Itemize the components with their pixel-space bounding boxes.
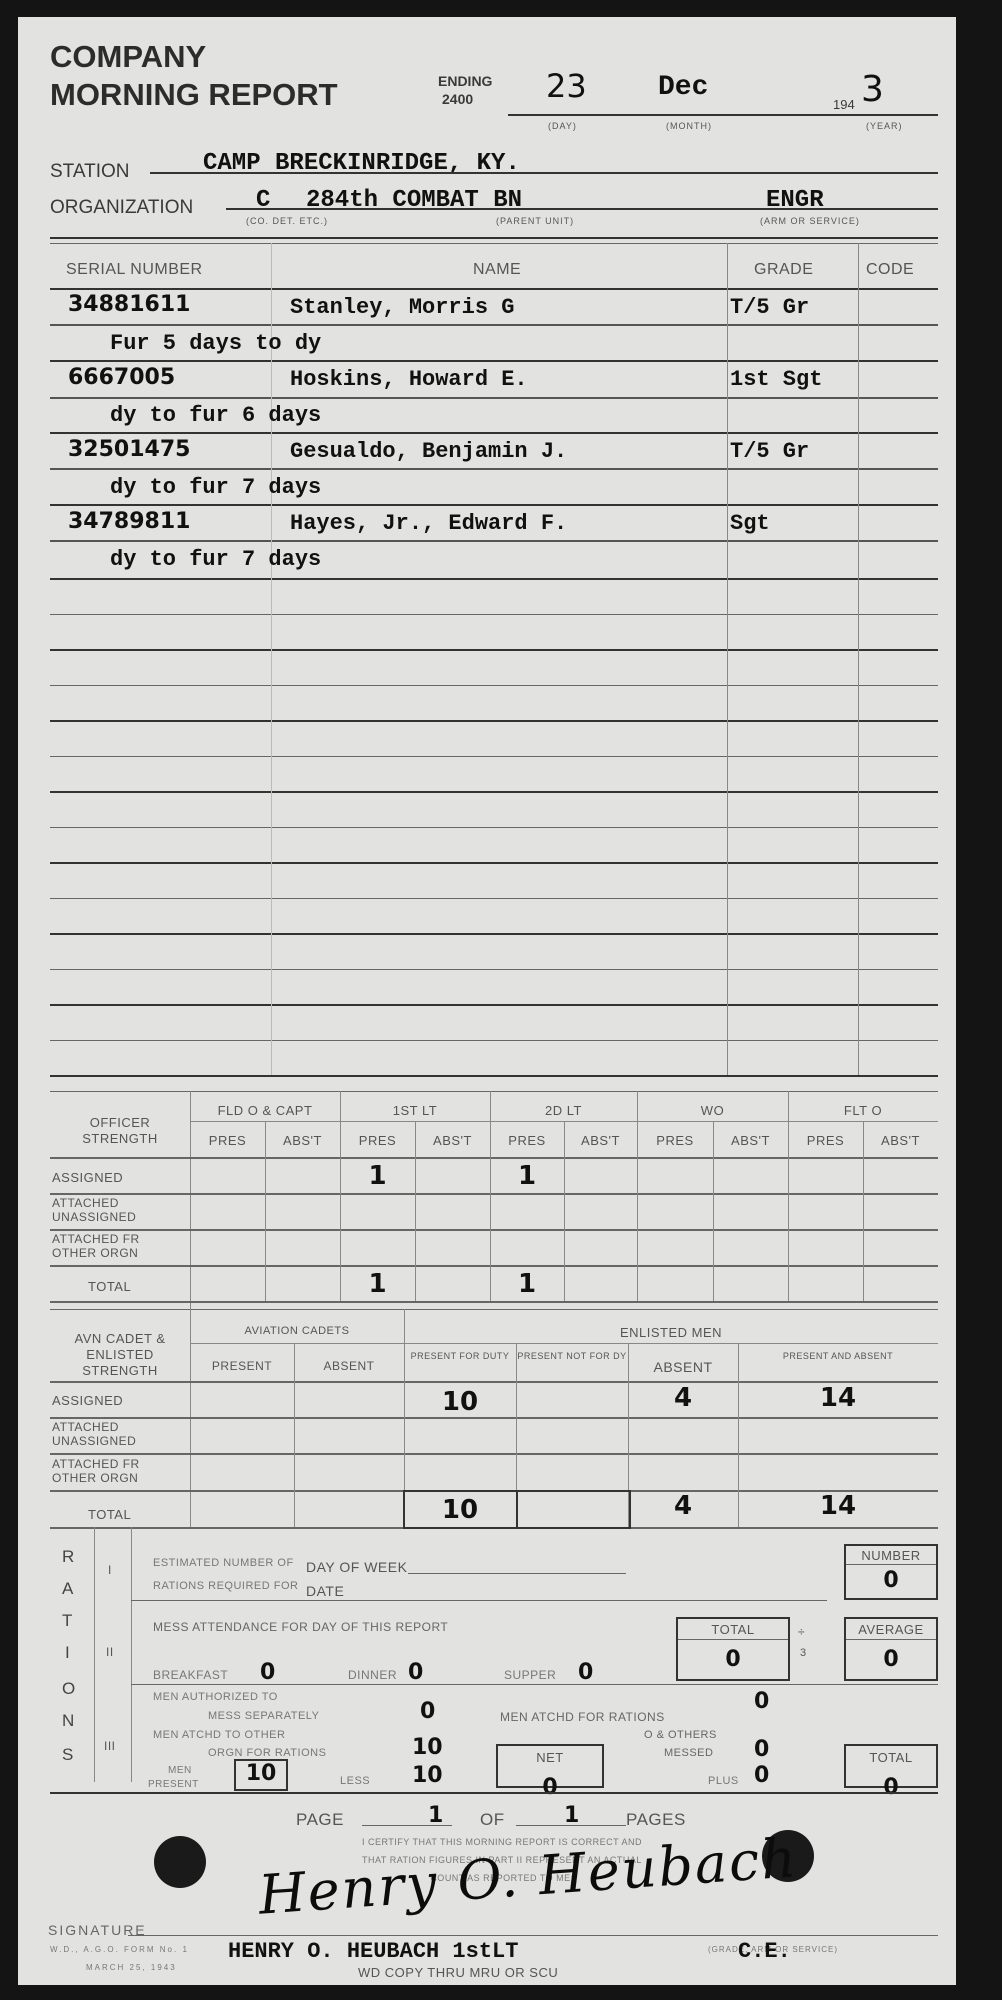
pages-value: 1 [564, 1803, 579, 1828]
men-authorized-label1: MEN AUTHORIZED TO [153, 1691, 278, 1703]
enl-assigned-absent: 4 [628, 1383, 738, 1413]
men-atchd-rations-value: 0 [754, 1689, 769, 1714]
col-sep [863, 1121, 864, 1301]
group-fld-capt: FLD O & CAPT [190, 1103, 340, 1118]
row-rule [50, 288, 938, 290]
entry-3-remark: dy to fur 7 days [110, 475, 321, 500]
row-rule [50, 685, 938, 686]
less-label: LESS [340, 1775, 370, 1787]
row-rule [50, 1229, 938, 1231]
ending-time: 2400 [442, 91, 473, 107]
row-rule [50, 1417, 938, 1419]
rations-letter: I [65, 1643, 70, 1663]
row-rule [50, 614, 938, 615]
sub-present-not-for-dy: PRESENT NOT FOR DY [516, 1347, 628, 1365]
off-total-2dlt-pres: 1 [490, 1269, 564, 1299]
enl-assigned-present-for-duty: 10 [404, 1387, 516, 1417]
row-rule [50, 397, 938, 399]
average-label: AVERAGE [844, 1622, 938, 1637]
group-2d-lt: 2D LT [490, 1103, 637, 1118]
row-rule [50, 898, 938, 899]
day-of-week-field[interactable] [408, 1573, 626, 1574]
group-enlisted-men: ENLISTED MEN [404, 1325, 938, 1340]
month-caption: (MONTH) [666, 121, 712, 131]
enl-row-attached-unassigned-label: ATTACHED UNASSIGNED [52, 1420, 182, 1448]
less-value: 10 [412, 1763, 443, 1788]
entry-2-remark: dy to fur 6 days [110, 403, 321, 428]
entry-3-grade: T/5 Gr [730, 439, 809, 464]
date-label: DATE [306, 1583, 344, 1599]
row-rule [50, 324, 938, 326]
sub-present-and-absent: PRESENT AND ABSENT [738, 1347, 938, 1365]
report-year: 3 [861, 69, 884, 110]
men-atchd-other-value: 10 [412, 1735, 443, 1760]
row-rule [50, 791, 938, 793]
men-present-label2: PRESENT [148, 1779, 199, 1790]
row-rule [678, 1639, 788, 1640]
row-rule [131, 1684, 938, 1685]
page-label: PAGE [296, 1810, 344, 1830]
men-authorized-label2: MESS SEPARATELY [208, 1710, 319, 1722]
rations-total-label: TOTAL [844, 1750, 938, 1765]
form-date: MARCH 25, 1943 [86, 1963, 177, 1972]
row-rule [50, 827, 938, 828]
rations-letter: N [62, 1711, 74, 1731]
enl-row-assigned-label: ASSIGNED [52, 1393, 123, 1408]
sub-pres: PRES [490, 1133, 564, 1148]
number-value: 0 [844, 1568, 938, 1593]
enl-row-attached-other-label: ATTACHED FR OTHER ORGN [52, 1457, 182, 1485]
rations-total-value: 0 [844, 1775, 938, 1800]
officer-strength-title: OFFICER STRENGTH [50, 1115, 190, 1147]
others-messed-value: 0 [754, 1737, 769, 1762]
enl-total-present-and-absent: 14 [738, 1491, 938, 1521]
enlisted-strength-title: AVN CADET & ENLISTED STRENGTH [50, 1331, 190, 1379]
men-present-label1: MEN [168, 1765, 192, 1776]
men-present-value: 10 [234, 1761, 288, 1786]
row-rule [50, 1040, 938, 1041]
men-atchd-other-label1: MEN ATCHD TO OTHER [153, 1729, 285, 1741]
station-underline [150, 172, 938, 174]
col-code: CODE [866, 261, 914, 279]
mess-attendance-title: MESS ATTENDANCE FOR DAY OF THIS REPORT [153, 1620, 448, 1634]
rations-required-label: RATIONS REQUIRED FOR [153, 1580, 298, 1592]
row-rule [50, 1075, 938, 1077]
row-rule [846, 1639, 936, 1640]
row-rule [50, 1091, 938, 1092]
entry-2-grade: 1st Sgt [730, 367, 822, 392]
entry-1-grade: T/5 Gr [730, 295, 809, 320]
number-label: NUMBER [844, 1548, 938, 1563]
arm-caption: (ARM OR SERVICE) [760, 216, 860, 226]
off-assigned-2dlt-pres: 1 [490, 1161, 564, 1191]
signer-arm: C.E. [738, 1939, 791, 1964]
form-title-line2: MORNING REPORT [50, 77, 338, 113]
form-title-line1: COMPANY [50, 39, 206, 75]
group-wo: WO [637, 1103, 788, 1118]
entry-4-grade: Sgt [730, 511, 770, 536]
rations-bottom-rule [50, 1792, 938, 1794]
others-messed-label2: MESSED [664, 1747, 713, 1759]
row-rule [50, 1309, 938, 1310]
col-sep [415, 1121, 416, 1301]
men-authorized-value: 0 [420, 1699, 435, 1724]
group-aviation-cadets: AVIATION CADETS [190, 1325, 404, 1337]
row-rule [50, 1004, 938, 1006]
section-ii-numeral: II [106, 1645, 114, 1659]
off-total-1stlt-pres: 1 [340, 1269, 415, 1299]
pages-label: PAGES [626, 1810, 686, 1830]
col-sep [788, 1091, 789, 1301]
rations-letter: S [62, 1745, 73, 1765]
enl-total-absent: 4 [628, 1491, 738, 1521]
sub-present-for-duty: PRESENT FOR DUTY [404, 1347, 516, 1365]
off-row-total-label: TOTAL [88, 1279, 131, 1294]
row-rule [50, 1193, 938, 1195]
page-value: 1 [428, 1803, 443, 1828]
col-sep [190, 1091, 191, 1311]
row-rule [50, 969, 938, 970]
station-label: STATION [50, 161, 130, 183]
row-rule [50, 578, 938, 580]
section-iii-numeral: III [104, 1739, 116, 1753]
entry-1-serial: 34881611 [68, 292, 190, 317]
punch-hole-left [154, 1836, 206, 1888]
form-number: W.D., A.G.O. FORM No. 1 [50, 1945, 189, 1954]
sub-abst: ABS'T [863, 1133, 938, 1148]
row-rule [50, 360, 938, 362]
row-rule [50, 1453, 938, 1455]
row-rule [50, 1265, 938, 1267]
row-rule [50, 504, 938, 506]
rations-letter: A [62, 1579, 73, 1599]
estimated-number-label: ESTIMATED NUMBER OF [153, 1557, 294, 1569]
mess-total-label: TOTAL [676, 1622, 790, 1637]
row-rule [50, 756, 938, 757]
sub-pres: PRES [637, 1133, 713, 1148]
entry-1-name: Stanley, Morris G [290, 295, 514, 320]
breakfast-label: BREAKFAST [153, 1668, 228, 1682]
col-sep [340, 1091, 341, 1301]
entry-2-serial: 6667005 [68, 365, 175, 390]
men-atchd-rations-label: MEN ATCHD FOR RATIONS [500, 1710, 665, 1724]
supper-value: 0 [578, 1660, 593, 1685]
divide-by: 3 [800, 1647, 807, 1659]
sub-abst: ABS'T [265, 1133, 340, 1148]
col-grade: GRADE [754, 261, 813, 279]
dinner-label: DINNER [348, 1668, 397, 1682]
report-day: 23 [546, 67, 587, 105]
col-sep [94, 1527, 95, 1782]
organization-label: ORGANIZATION [50, 197, 193, 219]
plus-value: 0 [754, 1763, 769, 1788]
co-caption: (CO. DET. ETC.) [246, 216, 328, 226]
group-flt-o: FLT O [788, 1103, 938, 1118]
enl-total-present-for-duty: 10 [404, 1495, 516, 1525]
sub-abst: ABS'T [564, 1133, 637, 1148]
rations-letter: R [62, 1547, 74, 1567]
enl-assigned-present-and-absent: 14 [738, 1383, 938, 1413]
year-prefix: 194 [833, 97, 855, 112]
row-rule [131, 1600, 827, 1601]
copy-note: WD COPY THRU MRU OR SCU [358, 1965, 558, 1980]
col-sep [131, 1527, 132, 1782]
plus-label: PLUS [708, 1775, 739, 1787]
sub-pres: PRES [788, 1133, 863, 1148]
day-of-week-label: DAY OF WEEK [306, 1559, 407, 1575]
divide-symbol: ÷ [798, 1625, 805, 1639]
parent-unit-caption: (PARENT UNIT) [496, 216, 574, 226]
signer-typed-name: HENRY O. HEUBACH 1stLT [228, 1939, 518, 1964]
average-value: 0 [844, 1647, 938, 1672]
sub-abst: ABS'T [713, 1133, 788, 1148]
off-row-assigned-label: ASSIGNED [52, 1170, 123, 1185]
supper-label: SUPPER [504, 1668, 556, 1682]
date-underline [508, 114, 938, 116]
sub-cadet-present: PRESENT [190, 1359, 294, 1373]
mess-total-value: 0 [676, 1647, 790, 1672]
sub-cadet-absent: ABSENT [294, 1359, 404, 1373]
col-sep [713, 1121, 714, 1301]
col-sep [190, 1309, 191, 1529]
entry-4-name: Hayes, Jr., Edward F. [290, 511, 567, 536]
col-sep [516, 1490, 518, 1527]
organization-underline [226, 208, 938, 210]
col-sep [727, 243, 728, 1075]
sub-abst: ABS'T [415, 1133, 490, 1148]
col-sep [265, 1121, 266, 1301]
year-caption: (YEAR) [866, 121, 903, 131]
men-atchd-other-label2: ORGN FOR RATIONS [208, 1747, 326, 1759]
row-rule [50, 933, 938, 935]
row-rule [50, 862, 938, 864]
row-rule [50, 720, 938, 722]
row-rule [846, 1564, 936, 1565]
off-assigned-1stlt-pres: 1 [340, 1161, 415, 1191]
enl-row-total-label: TOTAL [88, 1507, 131, 1522]
header-divider [50, 237, 938, 239]
entry-3-name: Gesualdo, Benjamin J. [290, 439, 567, 464]
morning-report-form: COMPANY MORNING REPORT ENDING 2400 23 De… [18, 17, 956, 1985]
row-rule [50, 649, 938, 651]
row-rule [50, 432, 938, 434]
section-i-numeral: I [108, 1563, 112, 1577]
signature-line [128, 1935, 938, 1936]
entry-1-remark: Fur 5 days to dy [110, 331, 321, 356]
off-row-attached-other-label: ATTACHED FR OTHER ORGN [52, 1232, 182, 1260]
breakfast-value: 0 [260, 1660, 275, 1685]
group-1st-lt: 1ST LT [340, 1103, 490, 1118]
day-caption: (DAY) [548, 121, 577, 131]
entry-4-serial: 34789811 [68, 509, 190, 534]
ending-label: ENDING [438, 73, 492, 89]
col-serial-number: SERIAL NUMBER [66, 261, 203, 279]
rations-letter: O [62, 1679, 75, 1699]
col-sep [637, 1091, 638, 1301]
header-divider-2 [50, 243, 938, 244]
col-name: NAME [473, 261, 521, 279]
of-label: OF [480, 1810, 505, 1830]
col-sep [294, 1343, 295, 1527]
sub-enlisted-absent: ABSENT [628, 1359, 738, 1375]
entry-2-name: Hoskins, Howard E. [290, 367, 528, 392]
row-rule [50, 1157, 938, 1159]
col-sep [490, 1091, 491, 1301]
sub-pres: PRES [190, 1133, 265, 1148]
entry-3-serial: 32501475 [68, 437, 190, 462]
col-sep [271, 243, 272, 1075]
net-label: NET [496, 1750, 604, 1765]
row-rule [50, 540, 938, 542]
others-messed-label1: O & OTHERS [644, 1729, 717, 1741]
entry-4-remark: dy to fur 7 days [110, 547, 321, 572]
dinner-value: 0 [408, 1660, 423, 1685]
row-rule [190, 1343, 938, 1344]
row-rule [50, 1301, 938, 1303]
rations-letter: T [62, 1611, 72, 1631]
net-value: 0 [496, 1775, 604, 1800]
off-row-attached-unassigned-label: ATTACHED UNASSIGNED [52, 1196, 182, 1224]
row-rule [50, 468, 938, 470]
col-sep [564, 1121, 565, 1301]
col-sep [858, 243, 859, 1075]
sub-pres: PRES [340, 1133, 415, 1148]
report-month: Dec [658, 72, 708, 103]
